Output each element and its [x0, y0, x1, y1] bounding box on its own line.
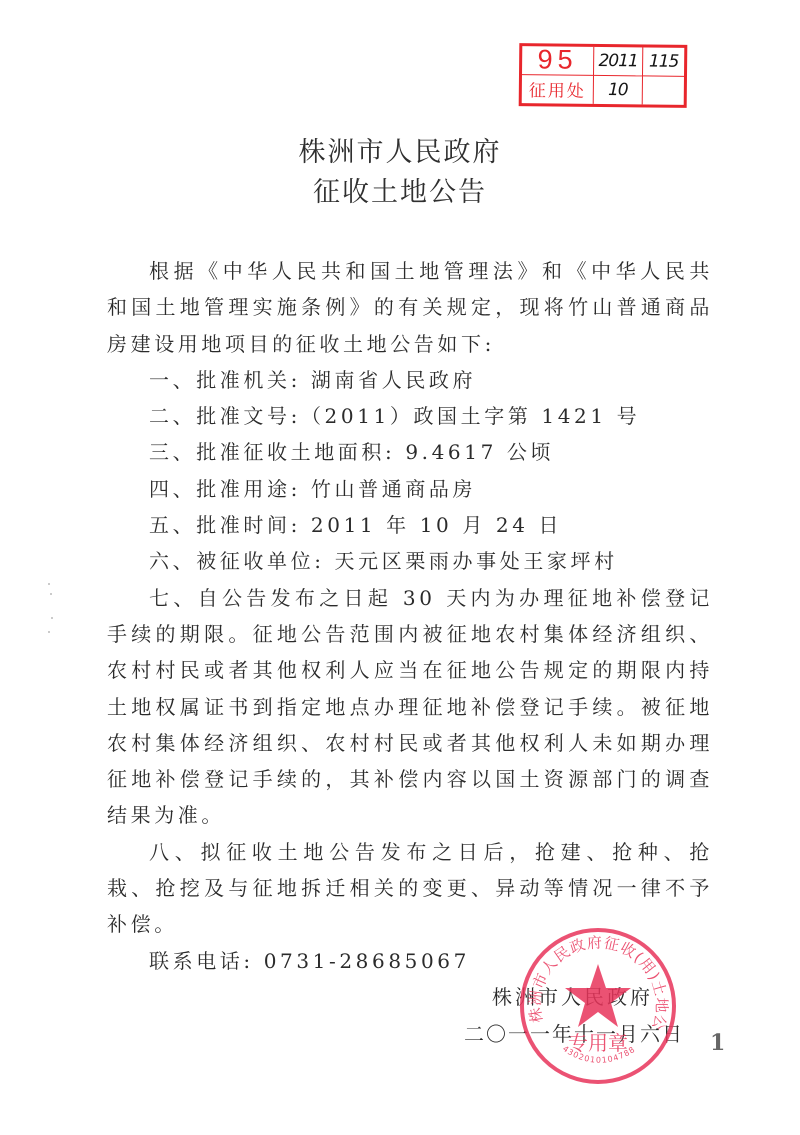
- stamp-month: 10: [608, 80, 628, 100]
- item-value: （2011）政国土字第 1421 号: [301, 404, 640, 428]
- stamp-number-cell: 95: [522, 46, 594, 75]
- stamp-department: 征用处: [529, 76, 586, 102]
- item-label: 六、被征收单位:: [149, 549, 325, 573]
- item-value: 9.4617 公顷: [405, 440, 554, 464]
- document-page: 95 2011 115 征用处 10 株洲市人民政府 征收土地公告 根据《中华人…: [0, 0, 800, 1135]
- item-value: 天元区栗雨办事处王家坪村: [335, 549, 618, 573]
- item-value: 竹山普通商品房: [311, 477, 476, 501]
- seal-code: 4302010104788: [561, 1044, 637, 1065]
- svg-text:4302010104788: 4302010104788: [561, 1044, 637, 1065]
- signature-date: 二〇一一年十一月六日: [464, 1018, 684, 1047]
- item-label: 五、批准时间:: [149, 513, 301, 537]
- registration-stamp: 95 2011 115 征用处 10: [519, 43, 688, 108]
- item-expropriated-unit: 六、被征收单位: 天元区栗雨办事处王家坪村: [107, 543, 713, 579]
- item-value: 2011 年 10 月 24 日: [311, 513, 562, 537]
- signature-organization: 株洲市人民政府: [492, 981, 653, 1010]
- stamp-month-cell: 10: [594, 75, 643, 104]
- stamp-year-cell: 2011: [594, 47, 643, 76]
- stamp-dept-cell: 征用处: [522, 75, 594, 104]
- item-registration-period: 七、自公告发布之日起 30 天内为办理征地补偿登记手续的期限。征地公告范围内被征…: [107, 580, 713, 834]
- stamp-year: 2011: [598, 51, 637, 71]
- item-value: 湖南省人民政府: [311, 368, 476, 392]
- item-label: 二、批准文号:: [149, 404, 301, 428]
- item-label: 四、批准用途:: [149, 477, 301, 501]
- notice-body: 根据《中华人民共和国土地管理法》和《中华人民共和国土地管理实施条例》的有关规定，…: [107, 253, 713, 979]
- item-label: 一、批准机关:: [149, 368, 301, 392]
- contact-phone: 联系电话: 0731-28685067: [107, 943, 713, 979]
- page-subtitle: 征收土地公告: [0, 170, 800, 209]
- item-approval-date: 五、批准时间: 2011 年 10 月 24 日: [107, 507, 713, 543]
- item-approval-doc-number: 二、批准文号:（2011）政国土字第 1421 号: [107, 398, 713, 434]
- page-number: 1: [710, 1030, 725, 1056]
- item-no-compensation: 八、拟征收土地公告发布之日后，抢建、抢种、抢栽、抢挖及与征地拆迁相关的变更、异动…: [107, 834, 713, 943]
- intro-paragraph: 根据《中华人民共和国土地管理法》和《中华人民共和国土地管理实施条例》的有关规定，…: [107, 253, 713, 362]
- stamp-seq-cell: 115: [643, 47, 684, 76]
- item-approved-use: 四、批准用途: 竹山普通商品房: [107, 471, 713, 507]
- stamp-seq: 115: [649, 51, 679, 71]
- stamp-number: 95: [537, 47, 577, 74]
- item-approval-authority: 一、批准机关: 湖南省人民政府: [107, 362, 713, 398]
- item-label: 三、批准征收土地面积:: [149, 440, 395, 464]
- item-approved-area: 三、批准征收土地面积: 9.4617 公顷: [107, 434, 713, 470]
- scan-specks: [42, 583, 56, 643]
- page-title: 株洲市人民政府: [0, 130, 800, 169]
- stamp-blank-cell: [643, 76, 684, 105]
